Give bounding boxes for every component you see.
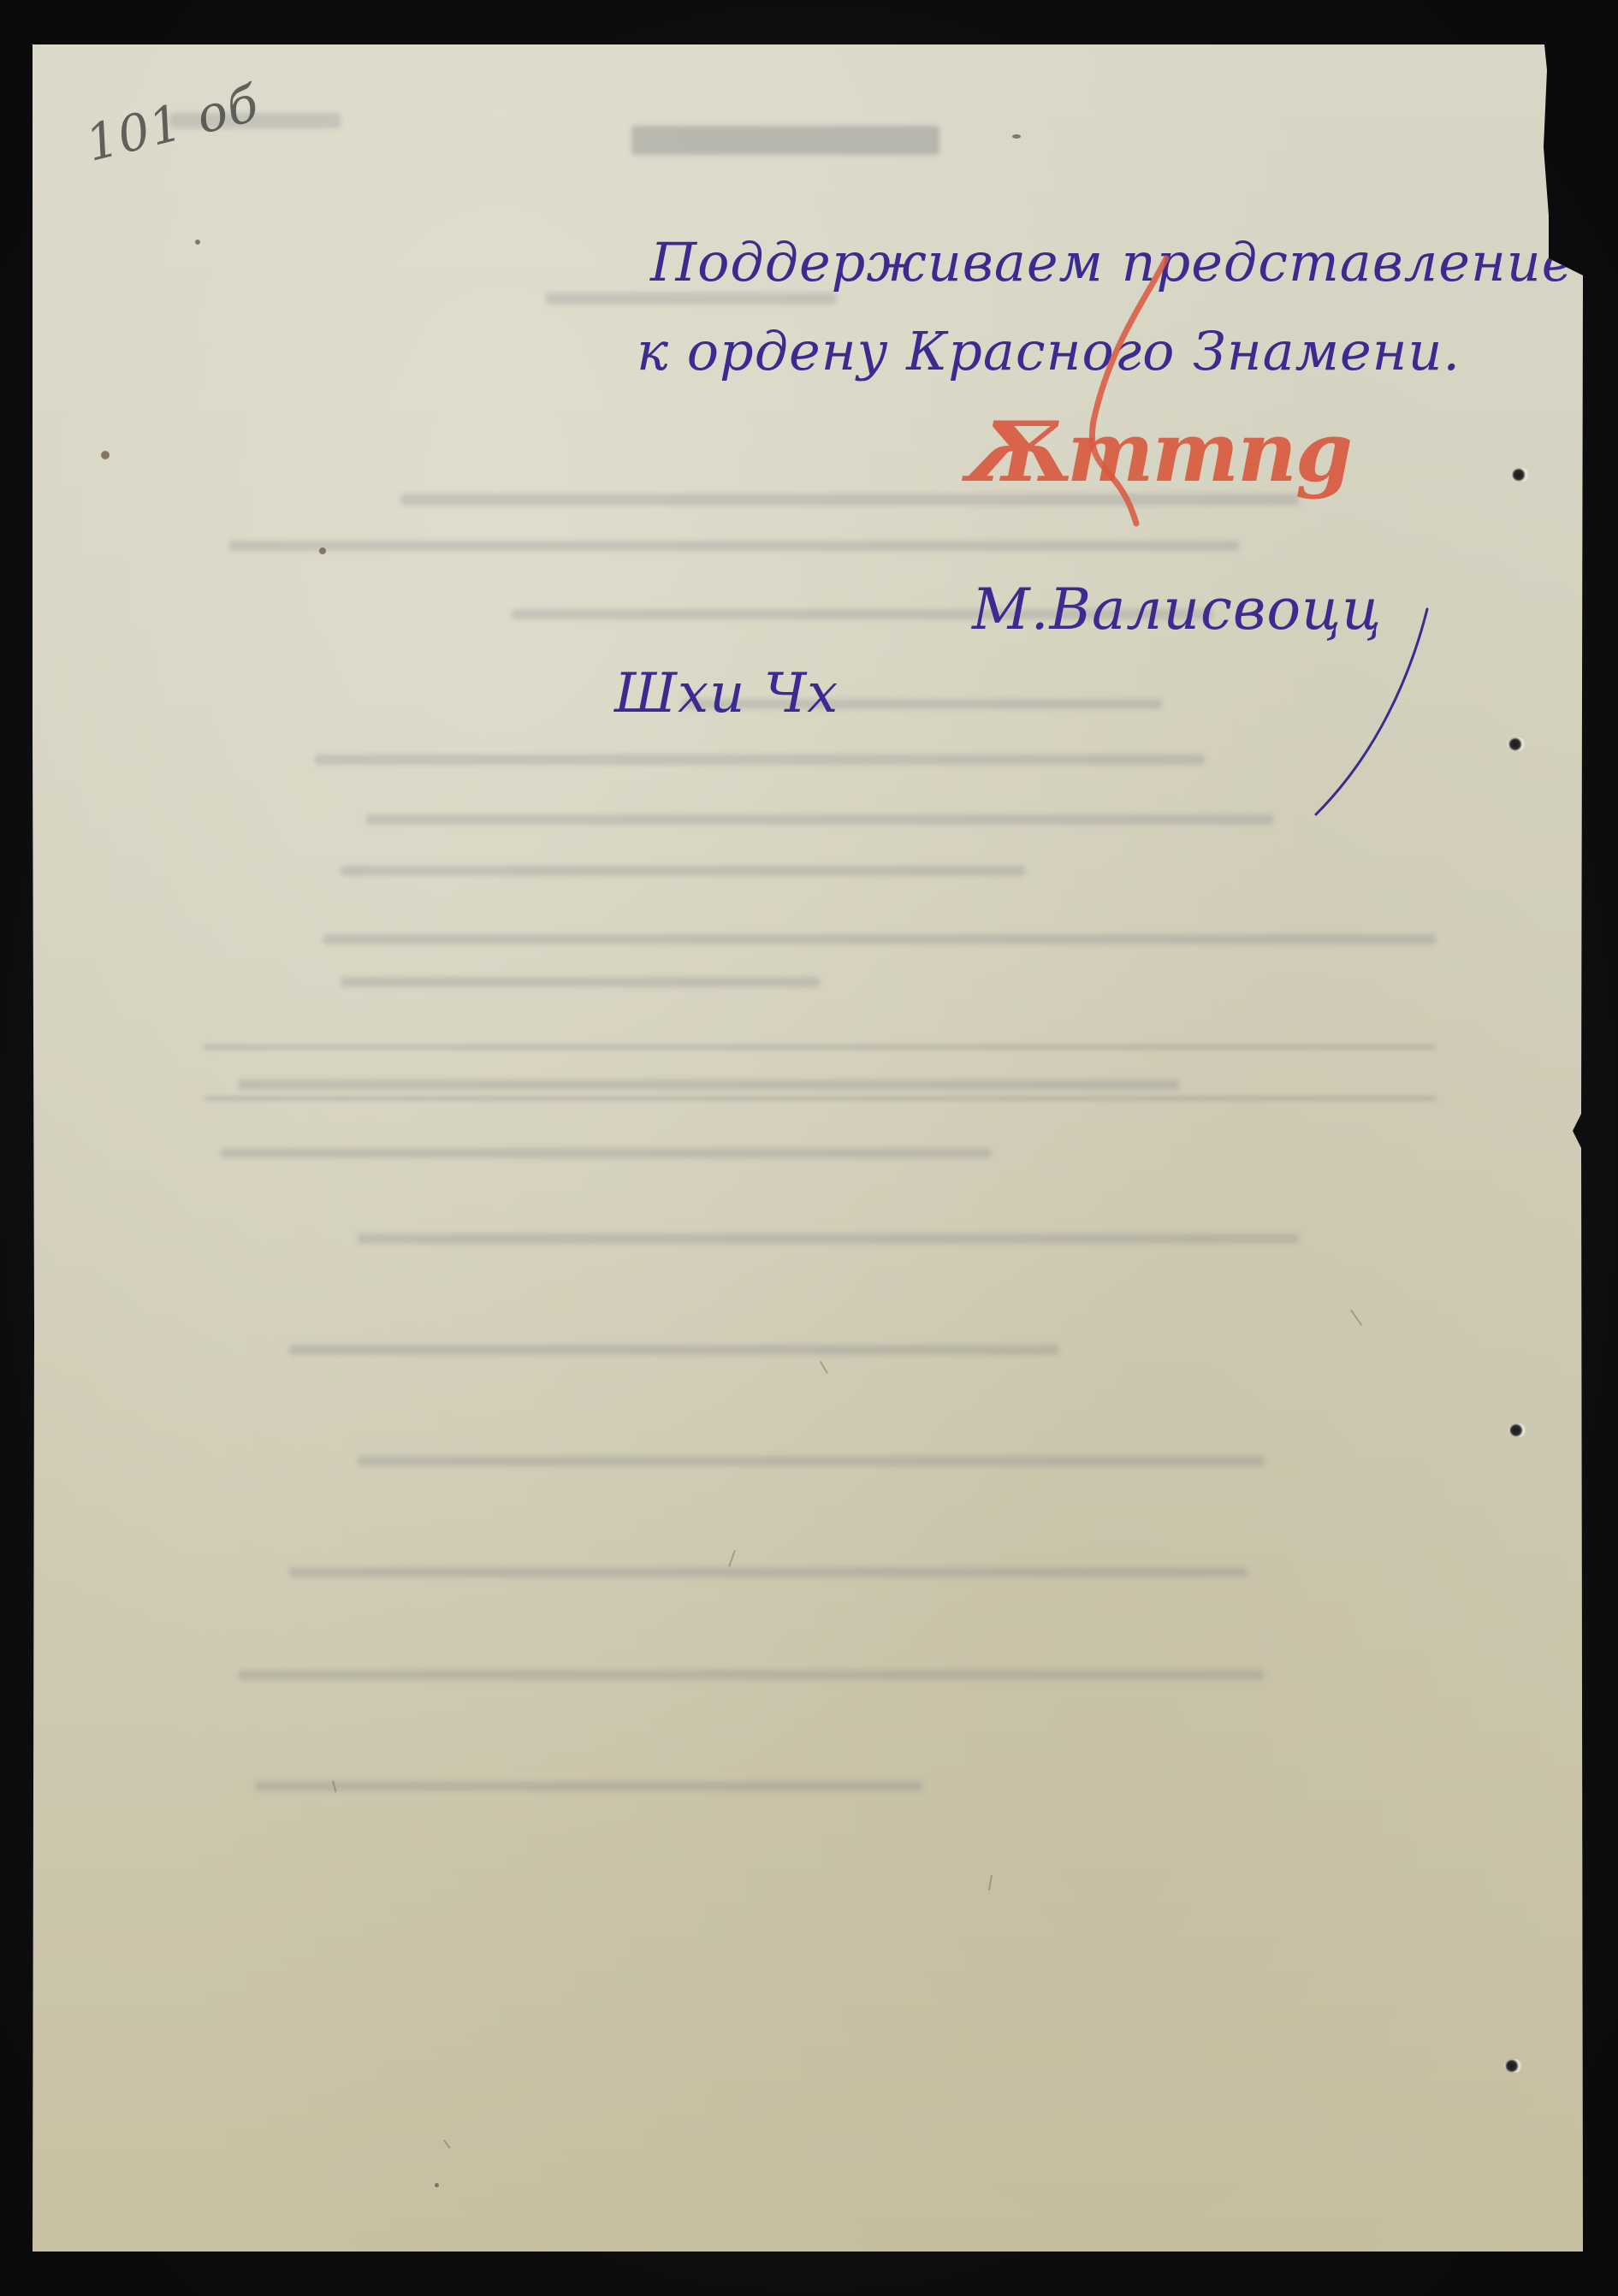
bleed-through-line: [358, 1234, 1299, 1244]
bleed-through-line: [289, 1345, 1059, 1355]
bleed-through-line: [289, 1567, 1248, 1577]
bleed-through-heading: [631, 126, 939, 155]
bleed-through-line: [341, 977, 820, 987]
ink-signature-tail: [1307, 592, 1444, 831]
paper-fiber: [1350, 1310, 1362, 1326]
paper-fiber: [820, 1361, 828, 1374]
binding-hole: [1511, 468, 1530, 482]
folio-number: 101 об: [80, 74, 265, 173]
bleed-through-line: [238, 1080, 1179, 1090]
bleed-through-rule: [204, 1097, 1436, 1100]
bleed-through-line: [255, 1781, 922, 1791]
bleed-through-line: [366, 814, 1273, 825]
bleed-through-line: [358, 1456, 1265, 1466]
paper-speck: [1012, 134, 1021, 139]
ink-initials: Шхи Чх: [614, 662, 839, 725]
paper-fiber: [728, 1550, 736, 1566]
bleed-through-line: [238, 1670, 1265, 1680]
paper-fiber: [443, 2139, 451, 2149]
paper-speck: [101, 451, 110, 459]
binding-hole: [1508, 1423, 1527, 1437]
paper-speck: [319, 547, 326, 554]
paper-speck: [435, 2183, 439, 2187]
red-signature-flourish: [1016, 250, 1188, 592]
binding-hole: [1508, 737, 1526, 751]
bleed-through-line: [341, 866, 1025, 876]
binding-hole: [1504, 2059, 1523, 2073]
paper-fiber: [988, 1875, 993, 1891]
bleed-through-line: [315, 754, 1205, 765]
paper-speck: [195, 240, 200, 245]
bleed-through-line: [546, 293, 837, 305]
bleed-through-rule: [204, 1045, 1436, 1049]
bleed-through-line: [323, 934, 1436, 944]
paper-sheet: 101 об Поддерживаем представление к орде…: [33, 44, 1583, 2252]
bleed-through-line: [221, 1148, 991, 1158]
